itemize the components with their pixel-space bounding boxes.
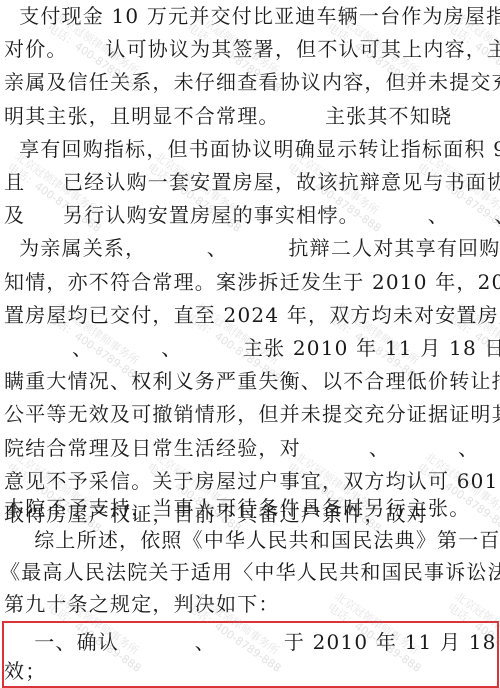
text-line: 为亲属关系， 、 抗辩二人对其享有回购指标并不 (4, 234, 498, 262)
highlighted-text-line: 效； (4, 657, 498, 685)
text-line: 支付现金 10 万元并交付比亚迪车辆一台作为房屋指标转让的 (4, 2, 498, 30)
text-line: 享有回购指标，但书面协议明确显示转让指标面积 92 平方米， (4, 135, 498, 163)
text-line: 综上所述，依照《中华人民共和国民法典》第一百一十九条、 (4, 526, 498, 554)
text-line: 意见不予采信。关于房屋过户事宜，双方均认可 601 号房屋尚未 (4, 467, 498, 495)
text-line: 《最高人民法院关于适用〈中华人民共和国民事诉讼法〉的解释》 (0, 558, 494, 586)
text-line: 知情，亦不符合常理。案涉拆迁发生于 2010 年，2013 年三套安 (4, 268, 498, 296)
text-line: 、 、 主张 2010 年 11 月 18 日书面协议存在隐 (4, 334, 498, 362)
text-line: 公平等无效及可撤销情形，但并未提交充分证据证明其主张，本 (4, 400, 498, 428)
text-line: 明其主张，且明显不合常理。 主张其不知晓 、 (4, 102, 498, 130)
text-line: 亲属及信任关系，未仔细查看协议内容，但并未提交充分证据证 (4, 68, 498, 96)
text-line: 且 已经认购一套安置房屋，故该抗辩意见与书面协议内容 (4, 168, 498, 196)
text-line: 及 另行认购安置房屋的事实相悖。 、 、 (4, 201, 498, 229)
highlighted-text-line: 一、确认 、 于 2010 年 11 月 18 日签订的协议有 (4, 628, 498, 656)
document-page: 支付现金 10 万元并交付比亚迪车辆一台作为房屋指标转让的对价。 认可协议为其签… (0, 0, 500, 688)
text-line: 第九十条之规定，判决如下： (4, 590, 498, 618)
text-line: 本院不予支持，当事人可待条件具备时另行主张。 (4, 494, 498, 522)
text-line: 瞒重大情况、权利义务严重失衡、以不合理低价转让指标、显失 (4, 367, 498, 395)
text-line: 对价。 认可协议为其签署，但不认可其上内容，主张出于 (4, 35, 498, 63)
text-line: 院结合常理及日常生活经验，对 、 、 的抗辩 (4, 434, 498, 462)
text-line: 置房屋均已交付，直至 2024 年，双方均未对安置房屋提出异议。 (4, 301, 498, 329)
